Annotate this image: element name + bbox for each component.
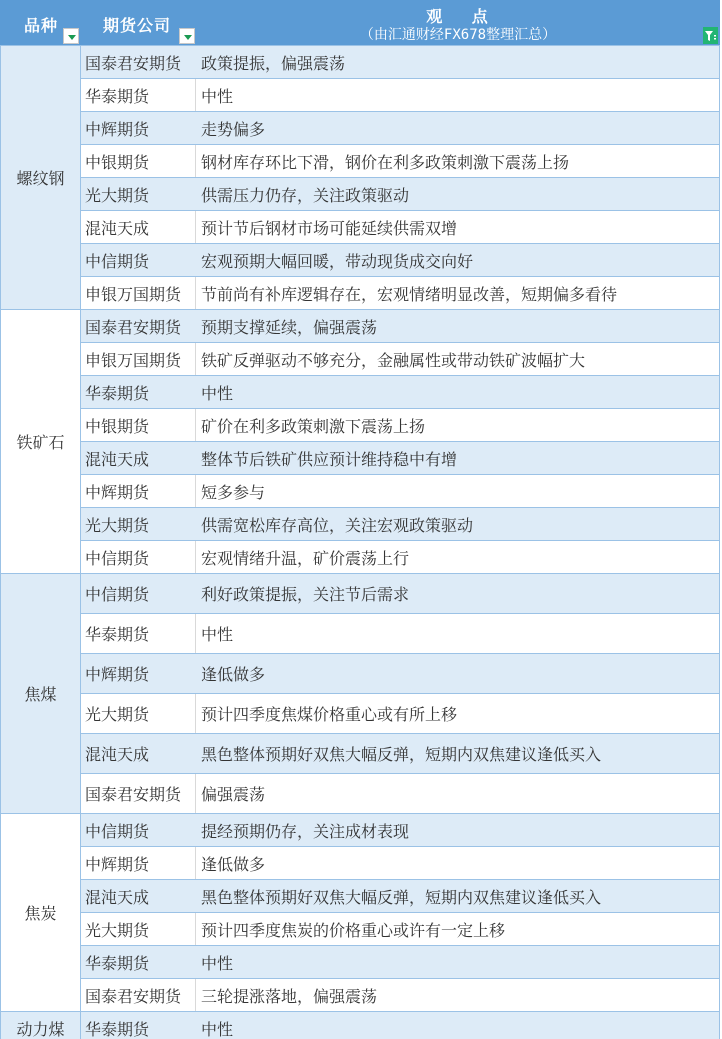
company-cell[interactable]: 中信期货 bbox=[81, 574, 196, 613]
view-cell[interactable]: 短多参与 bbox=[196, 475, 720, 507]
company-cell[interactable]: 光大期货 bbox=[81, 913, 196, 945]
table-row: 混沌天成黑色整体预期好双焦大幅反弹，短期内双焦建议逢低买入 bbox=[81, 880, 720, 913]
view-cell[interactable]: 中性 bbox=[196, 79, 720, 111]
header-variety[interactable]: 品种 bbox=[0, 0, 81, 45]
header-company-label: 期货公司 bbox=[103, 13, 171, 36]
table-row: 混沌天成黑色整体预期好双焦大幅反弹，短期内双焦建议逢低买入 bbox=[81, 734, 720, 774]
table-row: 光大期货预计四季度焦炭的价格重心或许有一定上移 bbox=[81, 913, 720, 946]
company-cell[interactable]: 华泰期货 bbox=[81, 79, 196, 111]
table-row: 中辉期货走势偏多 bbox=[81, 112, 720, 145]
company-cell[interactable]: 光大期货 bbox=[81, 508, 196, 540]
view-cell[interactable]: 矿价在利多政策刺激下震荡上扬 bbox=[196, 409, 720, 441]
company-cell[interactable]: 国泰君安期货 bbox=[81, 979, 196, 1011]
company-cell[interactable]: 申银万国期货 bbox=[81, 343, 196, 375]
view-cell[interactable]: 中性 bbox=[196, 376, 720, 408]
variety-cell[interactable]: 螺纹钢 bbox=[1, 46, 81, 310]
group-rows: 华泰期货中性 bbox=[81, 1012, 720, 1039]
group-rows: 国泰君安期货预期支撑延续，偏强震荡申银万国期货铁矿反弹驱动不够充分，金融属性或带… bbox=[81, 310, 720, 574]
table-row: 光大期货供需压力仍存，关注政策驱动 bbox=[81, 178, 720, 211]
company-cell[interactable]: 华泰期货 bbox=[81, 1012, 196, 1039]
table-row: 中信期货提经预期仍存，关注成材表现 bbox=[81, 814, 720, 847]
table-row: 华泰期货中性 bbox=[81, 1012, 720, 1039]
table-row: 中银期货矿价在利多政策刺激下震荡上扬 bbox=[81, 409, 720, 442]
table-row: 华泰期货中性 bbox=[81, 614, 720, 654]
table-row: 中信期货宏观预期大幅回暖，带动现货成交向好 bbox=[81, 244, 720, 277]
dropdown-arrow-icon[interactable] bbox=[63, 28, 79, 44]
table-row: 国泰君安期货政策提振，偏强震荡 bbox=[81, 46, 720, 79]
company-cell[interactable]: 中辉期货 bbox=[81, 654, 196, 693]
view-cell[interactable]: 中性 bbox=[196, 1012, 720, 1039]
view-cell[interactable]: 偏强震荡 bbox=[196, 774, 720, 813]
company-cell[interactable]: 中辉期货 bbox=[81, 112, 196, 144]
table-row: 中辉期货逢低做多 bbox=[81, 847, 720, 880]
group-rows: 国泰君安期货政策提振，偏强震荡华泰期货中性中辉期货走势偏多中银期货钢材库存环比下… bbox=[81, 46, 720, 310]
table-row: 中银期货钢材库存环比下滑，钢价在利多政策刺激下震荡上扬 bbox=[81, 145, 720, 178]
company-cell[interactable]: 中信期货 bbox=[81, 541, 196, 573]
company-cell[interactable]: 光大期货 bbox=[81, 694, 196, 733]
company-cell[interactable]: 国泰君安期货 bbox=[81, 46, 196, 78]
company-cell[interactable]: 光大期货 bbox=[81, 178, 196, 210]
company-cell[interactable]: 华泰期货 bbox=[81, 614, 196, 653]
dropdown-arrow-icon[interactable] bbox=[179, 28, 195, 44]
view-cell[interactable]: 供需压力仍存，关注政策驱动 bbox=[196, 178, 720, 210]
table-row: 混沌天成整体节后铁矿供应预计维持稳中有增 bbox=[81, 442, 720, 475]
variety-cell[interactable]: 焦炭 bbox=[1, 814, 81, 1012]
variety-group: 焦炭中信期货提经预期仍存，关注成材表现中辉期货逢低做多混沌天成黑色整体预期好双焦… bbox=[0, 814, 720, 1012]
view-cell[interactable]: 整体节后铁矿供应预计维持稳中有增 bbox=[196, 442, 720, 474]
company-cell[interactable]: 中银期货 bbox=[81, 145, 196, 177]
view-cell[interactable]: 逢低做多 bbox=[196, 847, 720, 879]
table-row: 申银万国期货节前尚有补库逻辑存在，宏观情绪明显改善，短期偏多看待 bbox=[81, 277, 720, 310]
table-body: 螺纹钢国泰君安期货政策提振，偏强震荡华泰期货中性中辉期货走势偏多中银期货钢材库存… bbox=[0, 46, 720, 1039]
company-cell[interactable]: 华泰期货 bbox=[81, 376, 196, 408]
table-row: 国泰君安期货三轮提涨落地，偏强震荡 bbox=[81, 979, 720, 1012]
table-row: 混沌天成预计节后钢材市场可能延续供需双增 bbox=[81, 211, 720, 244]
variety-group: 焦煤中信期货利好政策提振，关注节后需求华泰期货中性中辉期货逢低做多光大期货预计四… bbox=[0, 574, 720, 814]
company-cell[interactable]: 中辉期货 bbox=[81, 475, 196, 507]
group-rows: 中信期货利好政策提振，关注节后需求华泰期货中性中辉期货逢低做多光大期货预计四季度… bbox=[81, 574, 720, 814]
variety-group: 螺纹钢国泰君安期货政策提振，偏强震荡华泰期货中性中辉期货走势偏多中银期货钢材库存… bbox=[0, 46, 720, 310]
company-cell[interactable]: 国泰君安期货 bbox=[81, 774, 196, 813]
table-row: 中信期货宏观情绪升温，矿价震荡上行 bbox=[81, 541, 720, 574]
view-cell[interactable]: 预计四季度焦煤价格重心或有所上移 bbox=[196, 694, 720, 733]
view-cell[interactable]: 钢材库存环比下滑，钢价在利多政策刺激下震荡上扬 bbox=[196, 145, 720, 177]
view-cell[interactable]: 预计四季度焦炭的价格重心或许有一定上移 bbox=[196, 913, 720, 945]
view-cell[interactable]: 政策提振，偏强震荡 bbox=[196, 46, 720, 78]
company-cell[interactable]: 中辉期货 bbox=[81, 847, 196, 879]
header-view-subtitle: （由汇通财经FX678整理汇总） bbox=[196, 24, 720, 44]
view-cell[interactable]: 铁矿反弹驱动不够充分，金融属性或带动铁矿波幅扩大 bbox=[196, 343, 720, 375]
variety-group: 动力煤华泰期货中性 bbox=[0, 1012, 720, 1039]
company-cell[interactable]: 申银万国期货 bbox=[81, 277, 196, 309]
table-row: 国泰君安期货偏强震荡 bbox=[81, 774, 720, 814]
view-cell[interactable]: 宏观情绪升温，矿价震荡上行 bbox=[196, 541, 720, 573]
header-variety-label: 品种 bbox=[24, 13, 58, 36]
variety-group: 铁矿石国泰君安期货预期支撑延续，偏强震荡申银万国期货铁矿反弹驱动不够充分，金融属… bbox=[0, 310, 720, 574]
table-row: 华泰期货中性 bbox=[81, 79, 720, 112]
view-cell[interactable]: 黑色整体预期好双焦大幅反弹，短期内双焦建议逢低买入 bbox=[196, 880, 720, 912]
company-cell[interactable]: 混沌天成 bbox=[81, 442, 196, 474]
company-cell[interactable]: 混沌天成 bbox=[81, 734, 196, 773]
view-cell[interactable]: 中性 bbox=[196, 614, 720, 653]
table-row: 光大期货供需宽松库存高位，关注宏观政策驱动 bbox=[81, 508, 720, 541]
company-cell[interactable]: 中信期货 bbox=[81, 814, 196, 846]
company-cell[interactable]: 国泰君安期货 bbox=[81, 310, 196, 342]
table-row: 中辉期货逢低做多 bbox=[81, 654, 720, 694]
table-row: 华泰期货中性 bbox=[81, 946, 720, 979]
table-row: 中信期货利好政策提振，关注节后需求 bbox=[81, 574, 720, 614]
company-cell[interactable]: 中信期货 bbox=[81, 244, 196, 276]
variety-cell[interactable]: 焦煤 bbox=[1, 574, 81, 814]
filter-icon[interactable] bbox=[703, 27, 718, 44]
view-cell[interactable]: 预期支撑延续，偏强震荡 bbox=[196, 310, 720, 342]
view-cell[interactable]: 黑色整体预期好双焦大幅反弹，短期内双焦建议逢低买入 bbox=[196, 734, 720, 773]
variety-cell[interactable]: 动力煤 bbox=[1, 1012, 81, 1039]
view-cell[interactable]: 逢低做多 bbox=[196, 654, 720, 693]
table-row: 申银万国期货铁矿反弹驱动不够充分，金融属性或带动铁矿波幅扩大 bbox=[81, 343, 720, 376]
company-cell[interactable]: 混沌天成 bbox=[81, 880, 196, 912]
company-cell[interactable]: 混沌天成 bbox=[81, 211, 196, 243]
header-company[interactable]: 期货公司 bbox=[81, 0, 196, 45]
table-row: 中辉期货短多参与 bbox=[81, 475, 720, 508]
view-cell[interactable]: 宏观预期大幅回暖，带动现货成交向好 bbox=[196, 244, 720, 276]
table-row: 华泰期货中性 bbox=[81, 376, 720, 409]
view-cell[interactable]: 节前尚有补库逻辑存在，宏观情绪明显改善，短期偏多看待 bbox=[196, 277, 720, 309]
view-cell[interactable]: 走势偏多 bbox=[196, 112, 720, 144]
view-cell[interactable]: 三轮提涨落地，偏强震荡 bbox=[196, 979, 720, 1011]
view-cell[interactable]: 中性 bbox=[196, 946, 720, 978]
variety-cell[interactable]: 铁矿石 bbox=[1, 310, 81, 574]
spreadsheet: 品种 期货公司 观 点 （由汇通财经FX678整理汇总） 螺纹钢国泰君安期货政策… bbox=[0, 0, 720, 1039]
header-view: 观 点 （由汇通财经FX678整理汇总） bbox=[196, 0, 720, 45]
header-row: 品种 期货公司 观 点 （由汇通财经FX678整理汇总） bbox=[0, 0, 720, 46]
company-cell[interactable]: 华泰期货 bbox=[81, 946, 196, 978]
view-cell[interactable]: 供需宽松库存高位，关注宏观政策驱动 bbox=[196, 508, 720, 540]
table-row: 光大期货预计四季度焦煤价格重心或有所上移 bbox=[81, 694, 720, 734]
view-cell[interactable]: 提经预期仍存，关注成材表现 bbox=[196, 814, 720, 846]
company-cell[interactable]: 中银期货 bbox=[81, 409, 196, 441]
table-row: 国泰君安期货预期支撑延续，偏强震荡 bbox=[81, 310, 720, 343]
view-cell[interactable]: 利好政策提振，关注节后需求 bbox=[196, 574, 720, 613]
view-cell[interactable]: 预计节后钢材市场可能延续供需双增 bbox=[196, 211, 720, 243]
group-rows: 中信期货提经预期仍存，关注成材表现中辉期货逢低做多混沌天成黑色整体预期好双焦大幅… bbox=[81, 814, 720, 1012]
